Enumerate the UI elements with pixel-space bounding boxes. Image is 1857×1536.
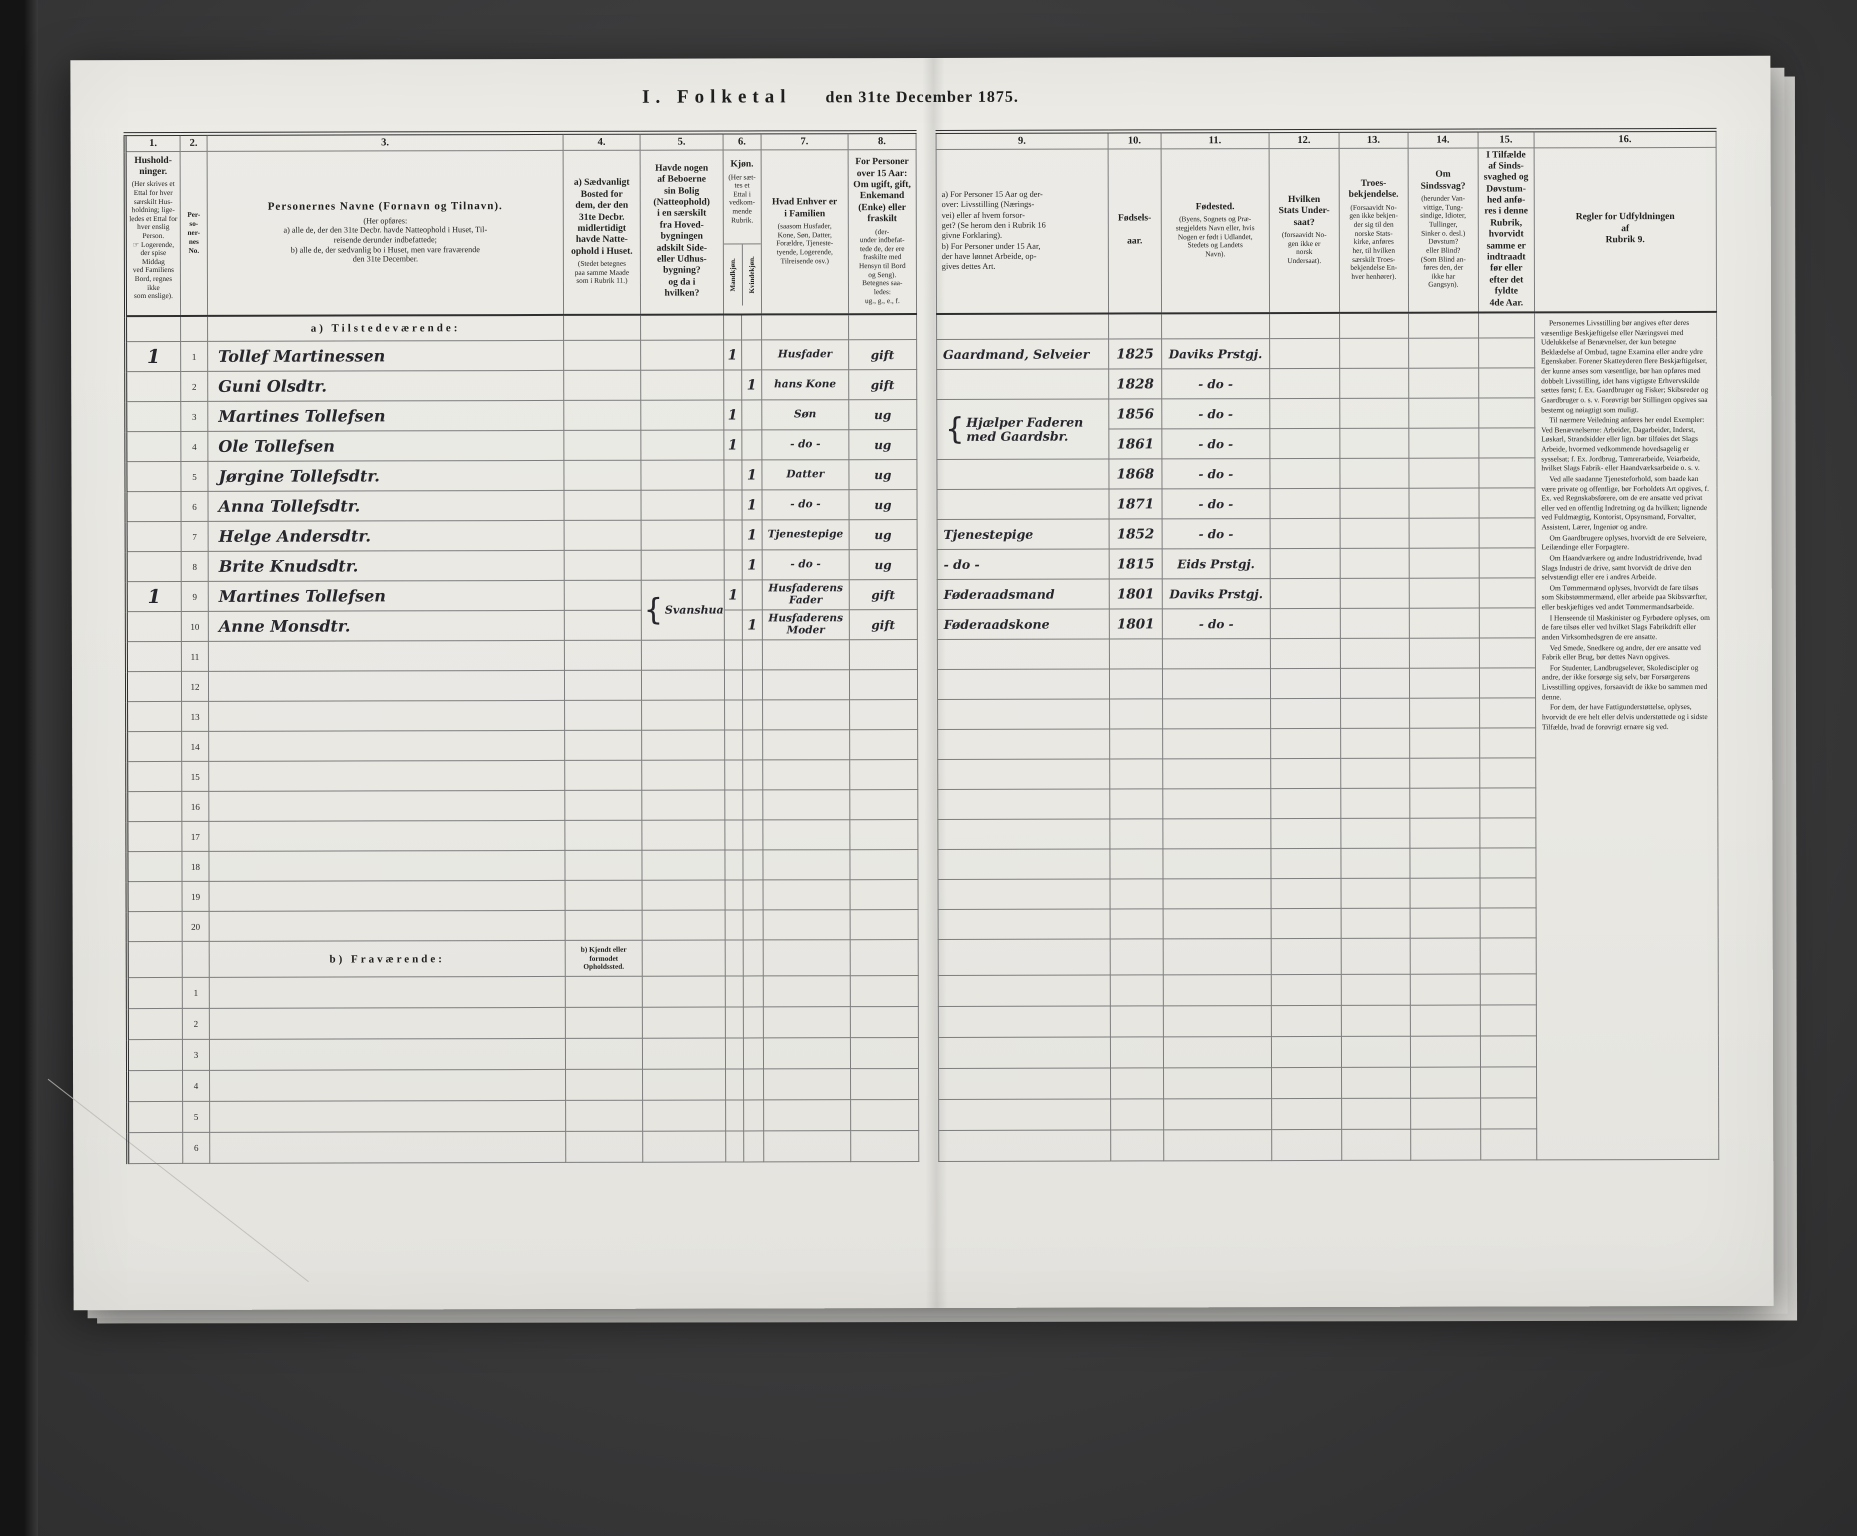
- header-sex: Kjøn. (Her sæt- tes et Ettal i vedkom- m…: [723, 149, 761, 314]
- disability-cell: [1409, 579, 1479, 609]
- male-mark: [725, 760, 743, 790]
- onset-cell: [1479, 368, 1535, 398]
- birth-year: [1109, 729, 1162, 759]
- colnum-2: 2.: [180, 134, 207, 151]
- outbuilding-cell: [641, 550, 724, 580]
- outbuilding-cell: [642, 760, 725, 790]
- bosted-cell: [564, 551, 641, 581]
- onset-cell: [1480, 1067, 1536, 1098]
- citizenship-cell: [1270, 519, 1340, 549]
- bosted-cell: [565, 851, 642, 881]
- birthplace: - do -: [1162, 519, 1270, 549]
- person-name: Brite Knudsdtr.: [208, 551, 564, 582]
- female-mark: [741, 314, 761, 340]
- occupation-cell: [937, 639, 1109, 669]
- religion-cell: [1339, 313, 1408, 339]
- onset-cell: [1478, 338, 1534, 368]
- bosted-cell: [564, 671, 641, 701]
- person-name: [209, 701, 565, 732]
- religion-cell: [1340, 699, 1409, 729]
- disability-cell: [1410, 1068, 1480, 1099]
- outbuilding-cell: [642, 1007, 725, 1038]
- brace-mark: {: [945, 415, 964, 445]
- citizenship-cell: [1271, 909, 1341, 939]
- brace-mark: {: [644, 596, 663, 626]
- person-no: 20: [182, 912, 209, 942]
- birthplace: [1162, 669, 1270, 699]
- citizenship-cell: [1272, 1130, 1342, 1161]
- person-name: Martines Tollefsen: [208, 401, 564, 432]
- family-cell: [763, 1038, 850, 1069]
- birth-year: [1110, 819, 1163, 849]
- female-mark: 1: [742, 490, 762, 520]
- family-cell: [763, 940, 850, 976]
- marital-status: [850, 850, 918, 880]
- marital-status: ug: [849, 550, 917, 580]
- occupation-text: Føderaadskone: [944, 616, 1050, 631]
- male-mark: [725, 880, 743, 910]
- household-mark: [126, 492, 181, 522]
- male-mark: 1: [724, 400, 742, 430]
- occupation-cell: [938, 849, 1110, 879]
- female-mark: [742, 580, 762, 610]
- family-position: [762, 640, 849, 670]
- outbuilding-cell: [642, 820, 725, 850]
- header-outbuilding: Havde nogen af Beboerne sin Bolig (Natte…: [640, 150, 723, 315]
- rules-paragraph: Personernes Livsstilling bør angives eft…: [1541, 318, 1710, 415]
- female-mark: [743, 1007, 763, 1038]
- marital-status: ug: [849, 400, 917, 430]
- header-marital-status: For Personer over 15 Aar: Om ugift, gift…: [848, 149, 916, 314]
- person-no: 4: [181, 432, 208, 462]
- occupation-cell: - do -: [937, 549, 1109, 579]
- person-name: [209, 911, 565, 942]
- header-person-no: Per- so- ner- nes No.: [180, 151, 207, 316]
- onset-cell: [1480, 758, 1536, 788]
- male-mark: [724, 370, 742, 400]
- female-mark: [742, 400, 762, 430]
- religion-cell: [1340, 669, 1409, 699]
- disability-cell: [1410, 819, 1480, 849]
- onset-cell: [1481, 1129, 1537, 1160]
- marital-status: [849, 700, 917, 730]
- onset-cell: [1480, 908, 1536, 938]
- page-title-date: den 31te December 1875.: [825, 89, 1018, 108]
- family-position: Husfaderens Fader: [762, 580, 849, 610]
- female-mark: [742, 640, 762, 670]
- male-mark: [725, 1100, 743, 1131]
- colnum-11: 11.: [1161, 131, 1269, 148]
- disability-cell: [1410, 789, 1480, 819]
- household-mark: [127, 978, 182, 1009]
- household-mark: [128, 1071, 183, 1102]
- onset-cell: [1479, 668, 1535, 698]
- onset-cell: [1479, 458, 1535, 488]
- citizenship-cell: [1271, 939, 1341, 975]
- religion-cell: [1340, 609, 1409, 639]
- male-mark: [724, 700, 742, 730]
- female-mark: [742, 670, 762, 700]
- person-name: [208, 641, 564, 672]
- onset-cell: [1479, 728, 1535, 758]
- marital-status: ug: [849, 520, 917, 550]
- marital-status: [849, 730, 917, 760]
- citizenship-cell: [1270, 549, 1340, 579]
- occupation-cell: [937, 489, 1109, 519]
- rules-paragraph: For dem, der have Fattigunderstøttelse, …: [1542, 702, 1711, 731]
- household-mark: [126, 522, 181, 552]
- bosted-cell: [564, 461, 641, 491]
- birth-year-cell: [1110, 1099, 1163, 1130]
- status-cell: [850, 1007, 918, 1038]
- religion-cell: [1341, 849, 1410, 879]
- disability-cell: [1409, 609, 1479, 639]
- birth-year: 1801: [1109, 579, 1162, 609]
- bosted-cell: [566, 1070, 643, 1101]
- birthplace: [1163, 759, 1271, 789]
- bosted-cell: [566, 1132, 643, 1163]
- disability-cell: [1410, 849, 1480, 879]
- birthplace-cell: [1163, 1037, 1271, 1068]
- person-no: 11: [181, 642, 208, 672]
- occupation-cell: [938, 939, 1110, 975]
- colnum-3: 3.: [207, 133, 563, 151]
- disability-cell: [1409, 369, 1479, 399]
- birthplace-cell: [1163, 1006, 1271, 1037]
- status-cell: [850, 1038, 918, 1069]
- family-position: [763, 760, 850, 790]
- religion-cell: [1340, 459, 1409, 489]
- household-mark: [128, 1133, 183, 1164]
- marital-status: [850, 910, 918, 940]
- scanner-edge: [0, 0, 24, 1536]
- rules-paragraph: Til nærmere Veiledning anføres her endel…: [1541, 415, 1710, 473]
- person-no: 18: [182, 852, 209, 882]
- status-cell: [850, 940, 918, 976]
- citizenship-cell: [1269, 313, 1339, 339]
- female-mark: [743, 1038, 763, 1069]
- disability-cell: [1409, 519, 1479, 549]
- marital-status: [850, 790, 918, 820]
- person-no: 5: [181, 462, 208, 492]
- birthplace: [1162, 729, 1270, 759]
- status-cell: [848, 314, 916, 340]
- bosted-cell: [564, 521, 641, 551]
- citizenship-cell: [1271, 789, 1341, 819]
- marital-status: [850, 760, 918, 790]
- outbuilding-cell: [642, 1038, 725, 1069]
- disability-cell: [1409, 489, 1479, 519]
- marital-status: gift: [849, 370, 917, 400]
- birth-year: 1871: [1109, 489, 1162, 519]
- religion-cell: [1341, 1099, 1410, 1130]
- header-households: Hushold- ninger. (Her skrives et Ettal f…: [125, 151, 180, 316]
- occupation-cell: [936, 313, 1108, 339]
- person-name: Anna Tollefsdtr.: [208, 491, 564, 522]
- birth-year: [1110, 759, 1163, 789]
- marital-status: [849, 670, 917, 700]
- household-mark: [127, 1040, 182, 1071]
- person-name: [209, 851, 565, 882]
- person-no: 15: [182, 762, 209, 792]
- female-mark: [743, 940, 763, 976]
- disability-cell: [1409, 639, 1479, 669]
- citizenship-cell: [1269, 339, 1339, 369]
- onset-cell: [1480, 974, 1536, 1005]
- birthplace: - do -: [1162, 489, 1270, 519]
- person-name: Guni Olsdtr.: [208, 371, 564, 402]
- household-mark: [127, 822, 182, 852]
- person-no: 19: [182, 882, 209, 912]
- birth-year: 1868: [1109, 459, 1162, 489]
- birth-year: 1815: [1109, 549, 1162, 579]
- outbuilding-cell: [641, 640, 724, 670]
- citizenship-cell: [1270, 459, 1340, 489]
- citizenship-cell: [1271, 1068, 1341, 1099]
- occupation-cell: [938, 1006, 1110, 1037]
- religion-cell: [1339, 339, 1408, 369]
- birth-year: 1825: [1108, 339, 1161, 369]
- citizenship-cell: [1271, 819, 1341, 849]
- female-mark: [743, 910, 763, 940]
- male-mark: [725, 910, 743, 940]
- religion-cell: [1340, 489, 1409, 519]
- male-mark: [723, 314, 741, 340]
- fold-gap: [916, 314, 938, 1162]
- disability-cell: [1410, 1099, 1480, 1130]
- person-no: 3: [181, 402, 208, 432]
- birth-year: [1109, 669, 1162, 699]
- religion-cell: [1341, 759, 1410, 789]
- birthplace: [1162, 699, 1270, 729]
- outbuilding-cell: [641, 430, 724, 460]
- outbuilding-cell: [641, 340, 724, 370]
- page-title: I. Folketal den 31te December 1875.: [570, 86, 1090, 109]
- citizenship-cell: [1270, 399, 1340, 429]
- birth-year: 1861: [1109, 429, 1162, 459]
- outbuilding-cell: [642, 700, 725, 730]
- occupation-text: Føderaadsmand: [944, 586, 1055, 601]
- person-no: 8: [181, 552, 208, 582]
- person-no: 12: [181, 672, 208, 702]
- family-position: - do -: [762, 550, 849, 580]
- female-mark: [744, 1131, 764, 1162]
- male-mark: 1: [723, 340, 741, 370]
- disability-cell: [1411, 1130, 1481, 1161]
- marital-status: [850, 820, 918, 850]
- occupation-text: Tjenestepige: [943, 526, 1033, 541]
- religion-cell: [1340, 579, 1409, 609]
- birthplace: - do -: [1162, 399, 1270, 429]
- household-mark: [126, 642, 181, 672]
- citizenship-cell: [1271, 1099, 1341, 1130]
- citizenship-cell: [1270, 369, 1340, 399]
- birthplace: - do -: [1162, 609, 1270, 639]
- header-female: Kvindekjøn.: [743, 245, 761, 306]
- census-table: 1. 2. 3. 4. 5. 6. 7. 8. 9. 10. 11. 12. 1…: [124, 128, 1720, 1165]
- disability-cell: [1410, 879, 1480, 909]
- colnum-1: 1.: [125, 134, 180, 151]
- disability-cell: [1410, 909, 1480, 939]
- rules-paragraph: Om Gaardbrugere oplyses, hvorvidt de ere…: [1541, 533, 1710, 553]
- family-position: hans Kone: [762, 370, 849, 400]
- outbuilding-cell: [641, 520, 724, 550]
- citizenship-cell: [1270, 609, 1340, 639]
- person-name: Ole Tollefsen: [208, 431, 564, 462]
- male-mark: [724, 490, 742, 520]
- bosted-cell: [565, 761, 642, 791]
- colnum-13: 13.: [1339, 131, 1408, 148]
- person-no: 2: [181, 372, 208, 402]
- birthplace-cell: [1163, 975, 1271, 1006]
- fold-gap: [916, 132, 936, 149]
- disability-cell: [1409, 729, 1479, 759]
- disability-cell: [1410, 759, 1480, 789]
- outbuilding-cell: [642, 730, 725, 760]
- family-position: - do -: [762, 490, 849, 520]
- disability-cell: [1410, 975, 1480, 1006]
- person-no: 5: [183, 1102, 210, 1133]
- disability-cell: [1410, 939, 1480, 975]
- female-mark: 1: [742, 370, 762, 400]
- birthplace: Daviks Prstgj.: [1162, 579, 1270, 609]
- outbuilding-cell: [641, 460, 724, 490]
- religion-cell: [1341, 1068, 1410, 1099]
- disability-cell: [1409, 669, 1479, 699]
- onset-cell: [1479, 578, 1535, 608]
- outbuilding-cell: [641, 670, 724, 700]
- female-mark: [742, 730, 762, 760]
- marital-status: ug: [849, 460, 917, 490]
- male-mark: [725, 976, 743, 1007]
- household-mark: [126, 552, 181, 582]
- occupation-cell: Tjenestepige: [937, 519, 1109, 549]
- person-name: Jørgine Tollefsdtr.: [208, 461, 564, 492]
- bosted-cell: [565, 911, 642, 941]
- household-mark: [127, 852, 182, 882]
- family-position: Tjenestepige: [762, 520, 849, 550]
- colnum-4: 4.: [563, 133, 640, 150]
- family-position: [762, 700, 849, 730]
- birthplace: [1162, 639, 1270, 669]
- family-position: [763, 850, 850, 880]
- family-cell: [763, 976, 850, 1007]
- male-mark: [725, 1069, 743, 1100]
- occupation-cell: [937, 459, 1109, 489]
- outbuilding-cell: [643, 1131, 726, 1162]
- male-mark: [726, 1131, 744, 1162]
- citizenship-cell: [1270, 489, 1340, 519]
- occupation-cell: [938, 1037, 1110, 1068]
- outbuilding-cell: [642, 790, 725, 820]
- bosted-cell: [565, 791, 642, 821]
- family-cell: [761, 314, 848, 340]
- citizenship-cell: [1270, 729, 1340, 759]
- family-position: [763, 820, 850, 850]
- household-mark: [126, 432, 181, 462]
- birthplace: [1163, 849, 1271, 879]
- female-mark: [742, 430, 762, 460]
- bosted-cell: [565, 881, 642, 911]
- religion-cell: [1340, 399, 1409, 429]
- male-mark: 1: [724, 580, 742, 610]
- onset-cell: [1479, 428, 1535, 458]
- onset-cell: [1479, 488, 1535, 518]
- household-mark: [126, 462, 181, 492]
- marital-status: ug: [849, 430, 917, 460]
- female-mark: [743, 820, 763, 850]
- birth-year-cell: [1110, 975, 1163, 1006]
- status-cell: [851, 1131, 919, 1162]
- disability-cell: [1408, 313, 1478, 339]
- onset-cell: [1479, 398, 1535, 428]
- person-name: Anne Monsdtr.: [208, 611, 564, 642]
- occupation-text: Hjælper Faderen med Gaardsbr.: [966, 415, 1083, 444]
- occupation-cell: [938, 1099, 1110, 1130]
- scanner-edge-shade: [24, 0, 38, 1536]
- onset-cell: [1479, 608, 1535, 638]
- family-position: [763, 790, 850, 820]
- status-cell: [850, 1100, 918, 1131]
- person-name: Martines Tollefsen: [208, 581, 564, 612]
- column-header-row: Hushold- ninger. (Her skrives et Ettal f…: [125, 147, 1716, 316]
- citizenship-cell: [1270, 579, 1340, 609]
- colnum-14: 14.: [1408, 131, 1478, 148]
- onset-cell: [1480, 788, 1536, 818]
- person-no: 6: [183, 1133, 210, 1164]
- female-mark: [743, 850, 763, 880]
- birth-year: 1856: [1109, 399, 1162, 429]
- female-mark: 1: [742, 520, 762, 550]
- religion-cell: [1341, 975, 1410, 1006]
- person-no: 6: [181, 492, 208, 522]
- male-mark: [725, 790, 743, 820]
- disability-cell: [1410, 1006, 1480, 1037]
- disability-cell: [1410, 1037, 1480, 1068]
- birthplace-cell: [1163, 939, 1271, 975]
- person-no: 3: [182, 1040, 209, 1071]
- religion-cell: [1341, 939, 1410, 975]
- birthplace: [1163, 789, 1271, 819]
- male-mark: [725, 1038, 743, 1069]
- citizenship-cell: [1271, 849, 1341, 879]
- male-mark: [725, 1007, 743, 1038]
- bosted-cell: [564, 401, 641, 431]
- family-position: - do -: [762, 430, 849, 460]
- person-no: 14: [182, 732, 209, 762]
- person-name: Tollef Martinessen: [208, 341, 564, 372]
- birth-year: 1852: [1109, 519, 1162, 549]
- section-b-note: b) Kjendt eller formodet Opholdssted.: [565, 941, 642, 977]
- citizenship-cell: [1271, 1037, 1341, 1068]
- colnum-8: 8.: [848, 132, 916, 149]
- family-position: [762, 670, 849, 700]
- person-name: [209, 821, 565, 852]
- family-position: [763, 880, 850, 910]
- occupation-cell: [938, 759, 1110, 789]
- colnum-6: 6.: [723, 132, 761, 149]
- male-mark: [724, 670, 742, 700]
- person-name: [210, 1070, 566, 1102]
- citizenship-cell: [1271, 759, 1341, 789]
- birth-year: 1801: [1109, 609, 1162, 639]
- religion-cell: [1340, 729, 1409, 759]
- bosted-cell: [564, 341, 641, 371]
- female-mark: 1: [742, 460, 762, 490]
- female-mark: [743, 1100, 763, 1131]
- citizenship-cell: [1270, 429, 1340, 459]
- marital-status: gift: [849, 580, 917, 610]
